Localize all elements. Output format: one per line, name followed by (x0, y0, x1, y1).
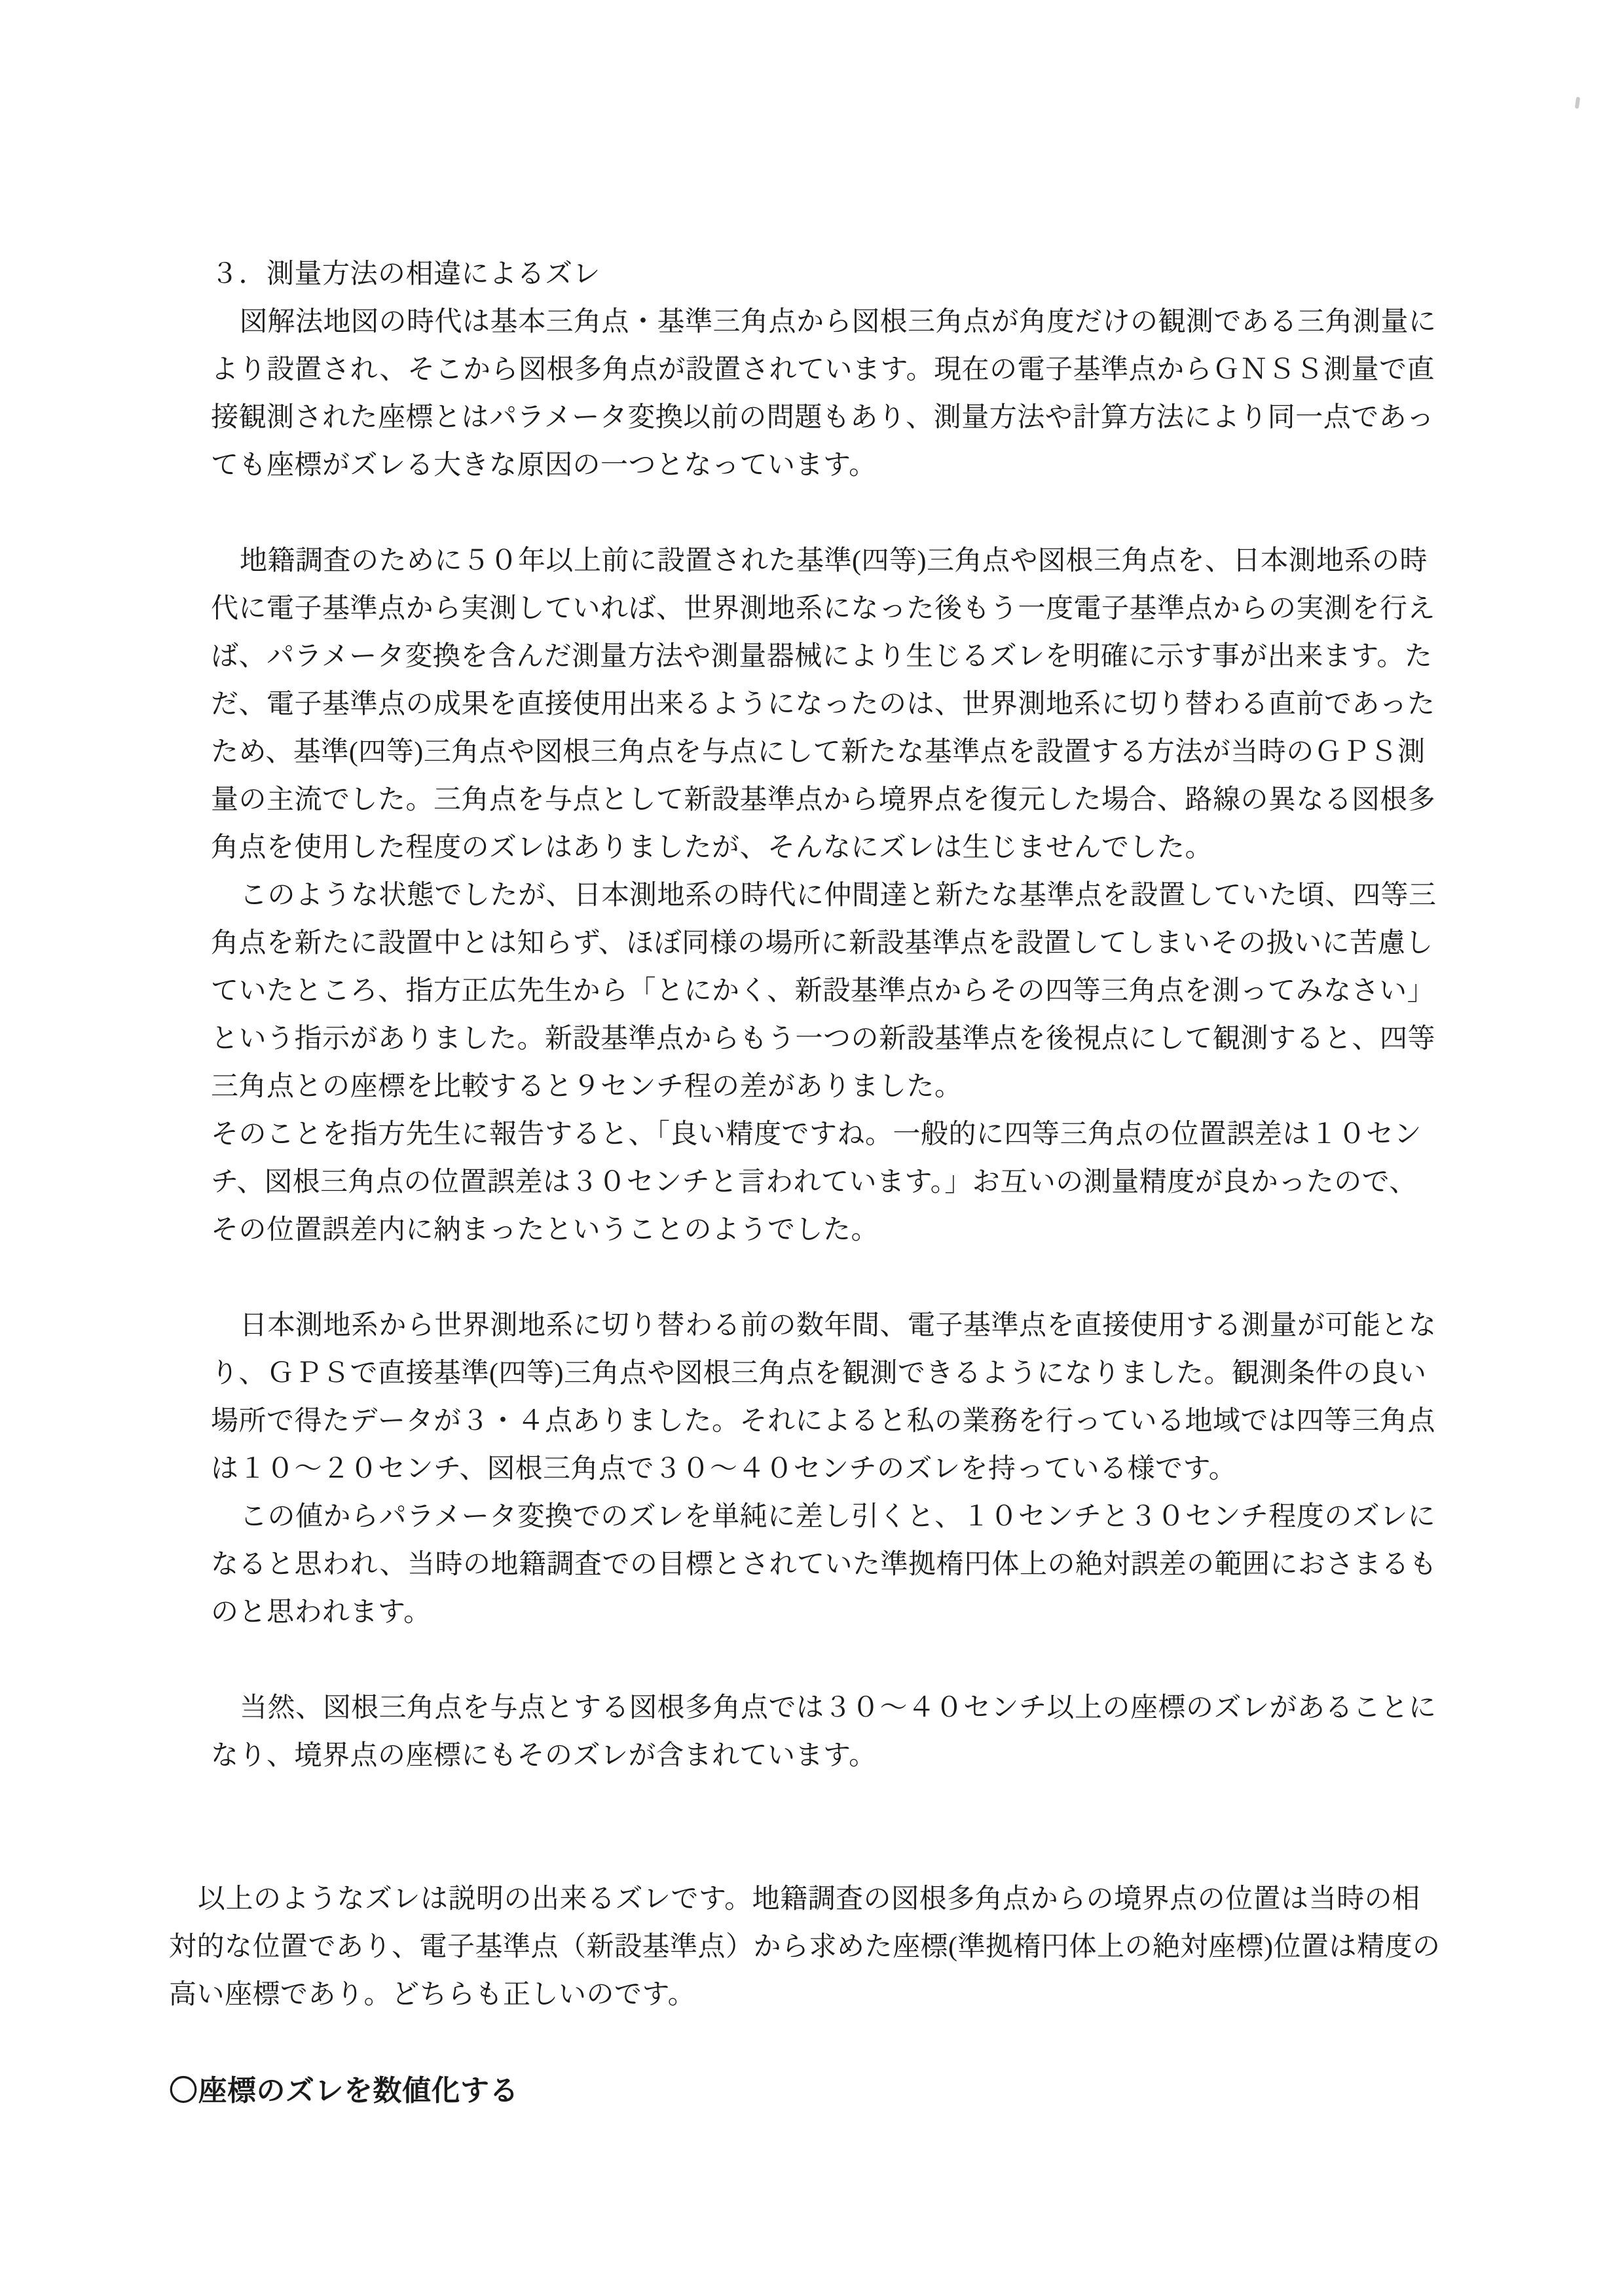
text-line: 図解法地図の時代は基本三角点・基準三角点から図根三角点が角度だけの観測である三角… (211, 299, 1455, 346)
paragraph-parameter-conversion-estimate: この値からパラメータ変換でのズレを単純に差し引くと、１０センチと３０センチ程度の… (211, 1493, 1455, 1637)
text-line: 三角点との座標を比較すると９センチ程の差がありました。 (211, 1063, 1455, 1111)
paragraph-gps-observation-data: 日本測地系から世界測地系に切り替わる前の数年間、電子基準点を直接使用する測量が可… (211, 1302, 1455, 1493)
paragraph-new-benchmark-episode: このような状態でしたが、日本測地系の時代に仲間達と新たな基準点を設置していた頃、… (211, 872, 1455, 1111)
text-line: 地籍調査のために５０年以上前に設置された基準(四等)三角点や図根三角点を、日本測… (211, 538, 1455, 585)
text-line: 以上のようなズレは説明の出来るズレです。地籍調査の図根多角点からの境界点の位置は… (169, 1876, 1455, 1923)
text-line: 角点を使用した程度のズレはありましたが、そんなにズレは生じませんでした。 (211, 824, 1455, 872)
text-line: 当然、図根三角点を与点とする図根多角点では３０～４０センチ以上の座標のズレがある… (211, 1685, 1455, 1732)
text-line: 接観測された座標とはパラメータ変換以前の問題もあり、測量方法や計算方法により同一… (211, 394, 1455, 442)
text-line: り、ＧＰＳで直接基準(四等)三角点や図根三角点を観測できるようになりました。観測… (211, 1350, 1455, 1398)
closing-heading: 〇座標のズレを数値化する (169, 2067, 1455, 2115)
paragraph-conclusion: 以上のようなズレは説明の出来るズレです。地籍調査の図根多角点からの境界点の位置は… (169, 1876, 1455, 2019)
text-line: ていたところ、指方正広先生から「とにかく、新設基準点からその四等三角点を測ってみ… (211, 968, 1455, 1015)
text-line: なると思われ、当時の地籍調査での目標とされていた準拠楕円体上の絶対誤差の範囲にお… (211, 1541, 1455, 1589)
text-line: だ、電子基準点の成果を直接使用出来るようになったのは、世界測地系に切り替わる直前… (211, 681, 1455, 729)
text-line: ても座標がズレる大きな原因の一つとなっています。 (211, 442, 1455, 490)
paragraph-teacher-report: そのことを指方先生に報告すると、「良い精度ですね。一般的に四等三角点の位置誤差は… (211, 1111, 1455, 1254)
paragraph-survey-method-intro: 図解法地図の時代は基本三角点・基準三角点から図根三角点が角度だけの観測である三角… (211, 299, 1455, 490)
text-line: という指示がありました。新設基準点からもう一つの新設基準点を後視点にして観測する… (211, 1015, 1455, 1063)
text-line: は１０～２０センチ、図根三角点で３０～４０センチのズレを持っている様です。 (211, 1446, 1455, 1493)
text-line: そのことを指方先生に報告すると、「良い精度ですね。一般的に四等三角点の位置誤差は… (211, 1111, 1455, 1159)
paragraph-cadastral-survey-history: 地籍調査のために５０年以上前に設置された基準(四等)三角点や図根三角点を、日本測… (211, 538, 1455, 872)
text-line: 量の主流でした。三角点を与点として新設基準点から境界点を復元した場合、路線の異な… (211, 776, 1455, 824)
text-line: 角点を新たに設置中とは知らず、ほぼ同様の場所に新設基準点を設置してしまいその扱い… (211, 920, 1455, 968)
text-line: 場所で得たデータが３・４点ありました。それによると私の業務を行っている地域では四… (211, 1398, 1455, 1446)
text-line: 代に電子基準点から実測していれば、世界測地系になった後もう一度電子基準点からの実… (211, 585, 1455, 633)
text-line: ため、基準(四等)三角点や図根三角点を与点にして新たな基準点を設置する方法が当時… (211, 729, 1455, 776)
text-line: ば、パラメータ変換を含んだ測量方法や測量器械により生じるズレを明確に示す事が出来… (211, 633, 1455, 681)
text-line: このような状態でしたが、日本測地系の時代に仲間達と新たな基準点を設置していた頃、… (211, 872, 1455, 920)
text-line: より設置され、そこから図根多角点が設置されています。現在の電子基準点からＧＮＳＳ… (211, 346, 1455, 394)
text-line: なり、境界点の座標にもそのズレが含まれています。 (211, 1732, 1455, 1780)
text-line: 高い座標であり。どちらも正しいのです。 (169, 1971, 1455, 2019)
scan-artifact (1575, 97, 1580, 109)
text-line: この値からパラメータ変換でのズレを単純に差し引くと、１０センチと３０センチ程度の… (211, 1493, 1455, 1541)
text-line: チ、図根三角点の位置誤差は３０センチと言われています。」お互いの測量精度が良かっ… (211, 1159, 1455, 1207)
text-line: のと思われます。 (211, 1589, 1455, 1637)
document-text-block: ３．測量方法の相違によるズレ 図解法地図の時代は基本三角点・基準三角点から図根三… (211, 251, 1455, 2115)
text-line: 対的な位置であり、電子基準点（新設基準点）から求めた座標(準拠楕円体上の絶対座標… (169, 1923, 1455, 1971)
scanned-document-page: ３．測量方法の相違によるズレ 図解法地図の時代は基本三角点・基準三角点から図根三… (0, 0, 1624, 2296)
text-line: その位置誤差内に納まったということのようでした。 (211, 1207, 1455, 1254)
paragraph-traverse-point-deviation: 当然、図根三角点を与点とする図根多角点では３０～４０センチ以上の座標のズレがある… (211, 1685, 1455, 1780)
section-heading: ３．測量方法の相違によるズレ (211, 251, 1455, 299)
text-line: 日本測地系から世界測地系に切り替わる前の数年間、電子基準点を直接使用する測量が可… (211, 1302, 1455, 1350)
